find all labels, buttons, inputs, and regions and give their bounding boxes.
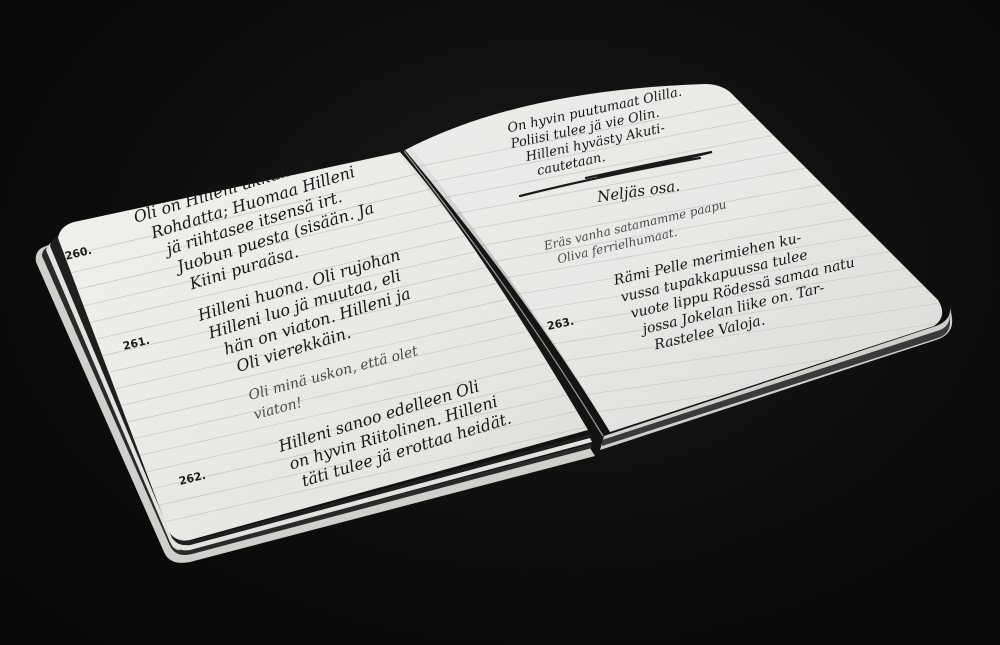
open-notebook: 260. Oli on Hilleni akkunan Rohdatta; Hu…: [0, 0, 1000, 645]
photograph: 260. Oli on Hilleni akkunan Rohdatta; Hu…: [0, 0, 1000, 645]
